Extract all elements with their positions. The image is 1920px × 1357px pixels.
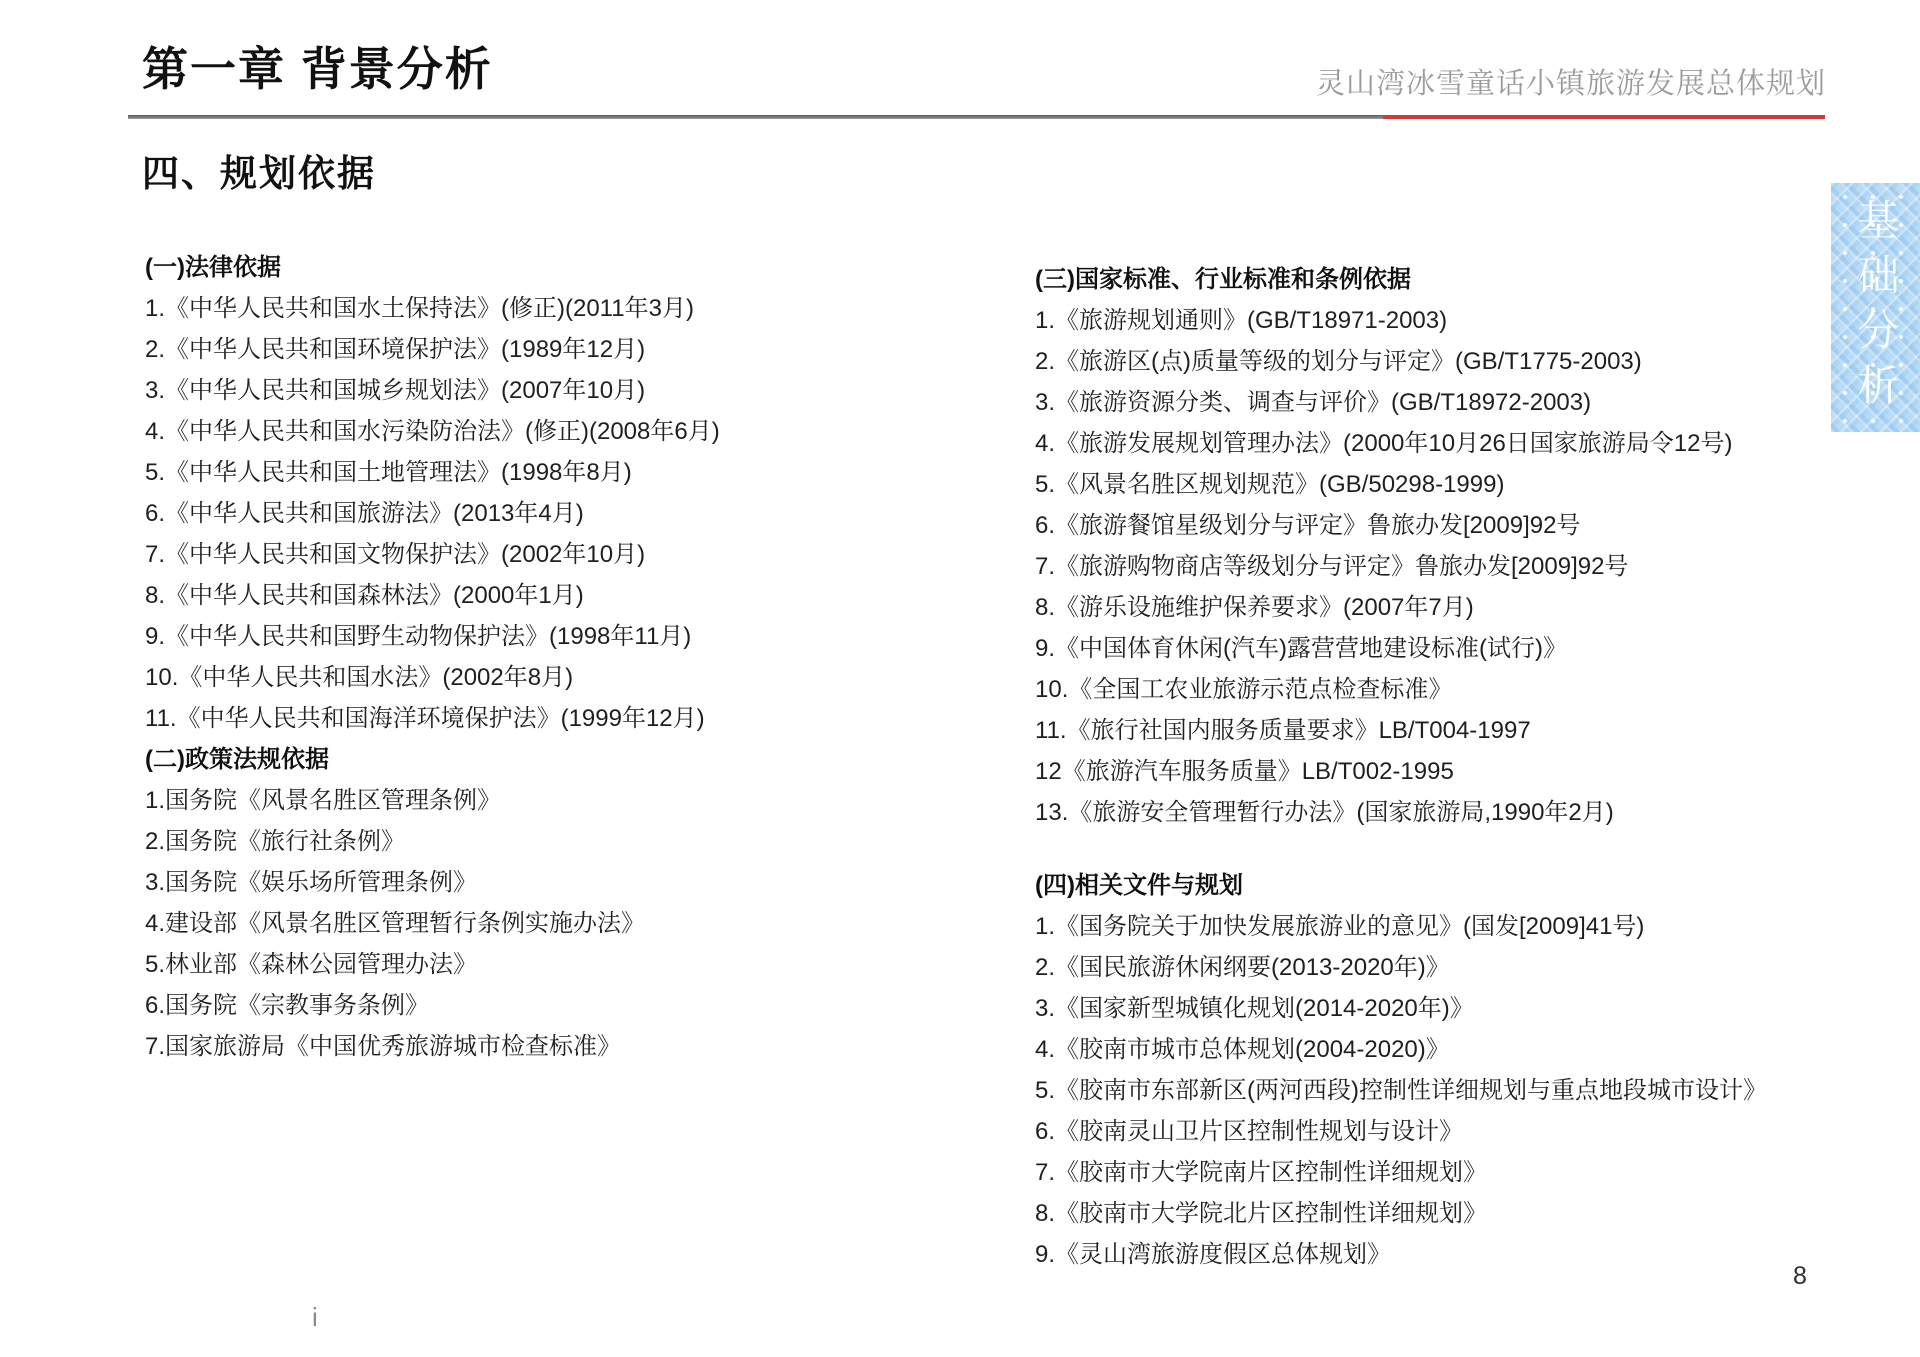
side-tab-basic-analysis: 基础分析	[1831, 183, 1920, 432]
header-divider-red-segment	[1383, 115, 1825, 119]
list-item: 6.《胶南灵山卫片区控制性规划与设计》	[1035, 1111, 1915, 1152]
list-item: 1.《旅游规划通则》(GB/T18971-2003)	[1035, 300, 1915, 341]
chapter-title: 第一章 背景分析	[142, 33, 493, 99]
list-item: 9.《灵山湾旅游度假区总体规划》	[1035, 1234, 1915, 1275]
header-divider	[128, 115, 1825, 119]
list-item: 5.《胶南市东部新区(两河西段)控制性详细规划与重点地段城市设计》	[1035, 1070, 1915, 1111]
page-number: 8	[1793, 1262, 1807, 1291]
list-item: 3.国务院《娱乐场所管理条例》	[145, 862, 945, 903]
list-item: 4.建设部《风景名胜区管理暂行条例实施办法》	[145, 903, 945, 944]
list-item: 1.《国务院关于加快发展旅游业的意见》(国发[2009]41号)	[1035, 906, 1915, 947]
section-heading: (四)相关文件与规划	[1035, 865, 1915, 906]
list-item: 6.《中华人民共和国旅游法》(2013年4月)	[145, 493, 945, 534]
section-heading: (二)政策法规依据	[145, 739, 945, 780]
list-item: 2.《旅游区(点)质量等级的划分与评定》(GB/T1775-2003)	[1035, 341, 1915, 382]
list-item: 3.《旅游资源分类、调查与评价》(GB/T18972-2003)	[1035, 382, 1915, 423]
list-item: 2.国务院《旅行社条例》	[145, 821, 945, 862]
header-divider-gray-segment	[128, 115, 1383, 119]
list-item: 3.《国家新型城镇化规划(2014-2020年)》	[1035, 988, 1915, 1029]
list-item: 4.《中华人民共和国水污染防治法》(修正)(2008年6月)	[145, 411, 945, 452]
list-item: 12《旅游汽车服务质量》LB/T002-1995	[1035, 751, 1915, 792]
section-heading: (三)国家标准、行业标准和条例依据	[1035, 259, 1915, 300]
list-item: 10.《全国工农业旅游示范点检查标准》	[1035, 669, 1915, 710]
list-item: 2.《国民旅游休闲纲要(2013-2020年)》	[1035, 947, 1915, 988]
section-heading: (一)法律依据	[145, 247, 945, 288]
list-item: 11.《旅行社国内服务质量要求》LB/T004-1997	[1035, 710, 1915, 751]
document-page: 第一章 背景分析 灵山湾冰雪童话小镇旅游发展总体规划 四、规划依据 (一)法律依…	[0, 0, 1920, 1357]
list-item: 1.国务院《风景名胜区管理条例》	[145, 780, 945, 821]
list-item: 5.《中华人民共和国土地管理法》(1998年8月)	[145, 452, 945, 493]
list-item: 8.《中华人民共和国森林法》(2000年1月)	[145, 575, 945, 616]
footnote-marker: i	[312, 1302, 318, 1333]
list-item: 6.国务院《宗教事务条例》	[145, 985, 945, 1026]
right-column: (三)国家标准、行业标准和条例依据1.《旅游规划通则》(GB/T18971-20…	[1035, 259, 1915, 1275]
side-tab-label: 基础分析	[1855, 198, 1897, 418]
list-item: 9.《中华人民共和国野生动物保护法》(1998年11月)	[145, 616, 945, 657]
left-column: (一)法律依据1.《中华人民共和国水土保持法》(修正)(2011年3月)2.《中…	[145, 247, 945, 1067]
list-item: 8.《胶南市大学院北片区控制性详细规划》	[1035, 1193, 1915, 1234]
list-item: 7.《中华人民共和国文物保护法》(2002年10月)	[145, 534, 945, 575]
list-item: 4.《旅游发展规划管理办法》(2000年10月26日国家旅游局令12号)	[1035, 423, 1915, 464]
list-item: 3.《中华人民共和国城乡规划法》(2007年10月)	[145, 370, 945, 411]
list-item: 4.《胶南市城市总体规划(2004-2020)》	[1035, 1029, 1915, 1070]
list-item: 7.国家旅游局《中国优秀旅游城市检查标准》	[145, 1026, 945, 1067]
list-item: 13.《旅游安全管理暂行办法》(国家旅游局,1990年2月)	[1035, 792, 1915, 833]
list-item: 7.《旅游购物商店等级划分与评定》鲁旅办发[2009]92号	[1035, 546, 1915, 587]
list-item: 2.《中华人民共和国环境保护法》(1989年12月)	[145, 329, 945, 370]
document-subtitle: 灵山湾冰雪童话小镇旅游发展总体规划	[1316, 61, 1826, 102]
list-item: 6.《旅游餐馆星级划分与评定》鲁旅办发[2009]92号	[1035, 505, 1915, 546]
list-item: 10.《中华人民共和国水法》(2002年8月)	[145, 657, 945, 698]
page-title: 四、规划依据	[142, 143, 376, 197]
list-item: 1.《中华人民共和国水土保持法》(修正)(2011年3月)	[145, 288, 945, 329]
list-item: 5.林业部《森林公园管理办法》	[145, 944, 945, 985]
list-item: 11.《中华人民共和国海洋环境保护法》(1999年12月)	[145, 698, 945, 739]
list-item: 9.《中国体育休闲(汽车)露营营地建设标准(试行)》	[1035, 628, 1915, 669]
list-item: 5.《风景名胜区规划规范》(GB/50298-1999)	[1035, 464, 1915, 505]
list-item: 7.《胶南市大学院南片区控制性详细规划》	[1035, 1152, 1915, 1193]
list-item: 8.《游乐设施维护保养要求》(2007年7月)	[1035, 587, 1915, 628]
